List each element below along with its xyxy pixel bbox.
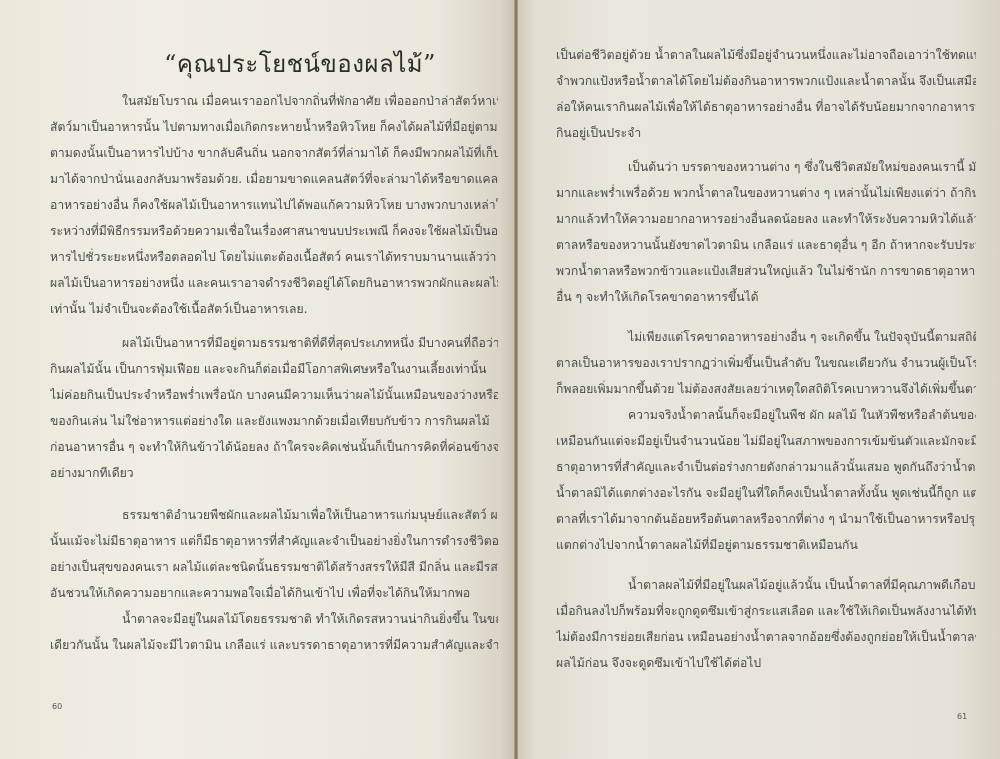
text-line: แตกต่างไปจากน้ำตาลผลไม้ที่มีอยู่ตามธรรมช… bbox=[556, 532, 976, 558]
paragraph: ผลไม้เป็นอาหารที่มีอยู่ตามธรรมชาติที่ดีท… bbox=[50, 330, 498, 486]
text-line: เป็นต้นว่า บรรดาของหวานต่าง ๆ ซึ่งในชีวิ… bbox=[556, 154, 976, 180]
paragraph: ในสมัยโบราณ เมื่อคนเราออกไปจากถิ่นที่พัก… bbox=[50, 88, 498, 322]
paragraph: ไม่เพียงแต่โรคขาดอาหารอย่างอื่น ๆ จะเกิด… bbox=[556, 324, 976, 402]
paragraph: เป็นต้นว่า บรรดาของหวานต่าง ๆ ซึ่งในชีวิ… bbox=[556, 154, 976, 310]
text-line: หารไปชั่วระยะหนึ่งหรือตลอดไป โดยไม่แตะต้… bbox=[50, 244, 498, 270]
text-line: ตาลที่เราได้มาจากต้นอ้อยหรือต้นตาลหรือจา… bbox=[556, 506, 976, 532]
text-line: พวกน้ำตาลหรือพวกข้าวและแป้งเสียส่วนใหญ่แ… bbox=[556, 258, 976, 284]
text-line: น้ำตาลจะมีอยู่ในผลไม้โดยธรรมชาติ ทำให้เก… bbox=[50, 606, 498, 632]
text-line: เมื่อกินลงไปก็พร้อมที่จะถูกดูดซึมเข้าสู่… bbox=[556, 598, 976, 624]
text-line: ธรรมชาติอำนวยพืชผักและผลไม้มาเพื่อให้เป็… bbox=[50, 502, 498, 528]
paragraph: เป็นต่อชีวิตอยู่ด้วย น้ำตาลในผลไม้ซึ่งมี… bbox=[556, 42, 976, 146]
text-line: ไม่ค่อยกินเป็นประจำหรือพร่ำเพรื่อนัก บาง… bbox=[50, 382, 498, 408]
left-page-body: ในสมัยโบราณ เมื่อคนเราออกไปจากถิ่นที่พัก… bbox=[50, 88, 498, 658]
chapter-title: “คุณประโยชน์ของผลไม้” bbox=[150, 44, 450, 83]
text-line: เป็นต่อชีวิตอยู่ด้วย น้ำตาลในผลไม้ซึ่งมี… bbox=[556, 42, 976, 68]
page-number-right: 61 bbox=[957, 712, 967, 721]
page-number-left: 60 bbox=[52, 702, 62, 711]
text-line: ตาลเป็นอาหารของเราปรากฏว่าเพิ่มขึ้นเป็นล… bbox=[556, 350, 976, 376]
text-line: มาได้จากป่านั่นเองกลับมาพร้อมด้วย. เมื่อ… bbox=[50, 166, 498, 192]
text-line: อย่างมากทีเดียว bbox=[50, 460, 498, 486]
text-line: ก็พลอยเพิ่มมากขึ้นด้วย ไม่ต้องสงสัยเลยว่… bbox=[556, 376, 976, 402]
text-line: ผลไม้ก่อน จึงจะดูดซึมเข้าไปใช้ได้ต่อไป bbox=[556, 650, 976, 676]
text-line: สัตว์มาเป็นอาหารนั้น ไปตามทางเมื่อเกิดกร… bbox=[50, 114, 498, 140]
text-line: อันชวนให้เกิดความอยากและความพอใจเมื่อได้… bbox=[50, 580, 498, 606]
text-line: เหมือนกันแต่จะมีอยู่เป็นจำนวนน้อย ไม่มีอ… bbox=[556, 428, 976, 454]
text-line: มากและพร่ำเพรื่อด้วย พวกน้ำตาลในของหวานต… bbox=[556, 180, 976, 206]
text-line: ไม่เพียงแต่โรคขาดอาหารอย่างอื่น ๆ จะเกิด… bbox=[556, 324, 976, 350]
text-line: ในสมัยโบราณ เมื่อคนเราออกไปจากถิ่นที่พัก… bbox=[50, 88, 498, 114]
paragraph: น้ำตาลจะมีอยู่ในผลไม้โดยธรรมชาติ ทำให้เก… bbox=[50, 606, 498, 658]
paragraph: ธรรมชาติอำนวยพืชผักและผลไม้มาเพื่อให้เป็… bbox=[50, 502, 498, 606]
text-line: ผลไม้เป็นอาหารอย่างหนึ่ง และคนเราอาจดำรง… bbox=[50, 270, 498, 296]
right-page-body: เป็นต่อชีวิตอยู่ด้วย น้ำตาลในผลไม้ซึ่งมี… bbox=[556, 42, 976, 676]
text-line: ความจริงน้ำตาลนั้นก็จะมีอยู่ในพืช ผัก ผล… bbox=[556, 402, 976, 428]
text-line: มากแล้วทำให้ความอยากอาหารอย่างอื่นลดน้อย… bbox=[556, 206, 976, 232]
text-line: ไม่ต้องมีการย่อยเสียก่อน เหมือนอย่างน้ำต… bbox=[556, 624, 976, 650]
text-line: อย่างเป็นสุขของคนเรา ผลไม้แต่ละชนิดนั้นธ… bbox=[50, 554, 498, 580]
book-spread: “คุณประโยชน์ของผลไม้” ในสมัยโบราณ เมื่อค… bbox=[0, 0, 1000, 759]
text-line: ระหว่างที่มีพิธีกรรมหรือด้วยความเชื่อในเ… bbox=[50, 218, 498, 244]
right-page: เป็นต่อชีวิตอยู่ด้วย น้ำตาลในผลไม้ซึ่งมี… bbox=[516, 0, 1000, 759]
text-line: กินผลไม้นั้น เป็นการฟุ่มเฟือย และจะกินก็… bbox=[50, 356, 498, 382]
text-line: อาหารอย่างอื่น ก็คงใช้ผลไม้เป็นอาหารแทนไ… bbox=[50, 192, 498, 218]
text-line: กินอยู่เป็นประจำ bbox=[556, 120, 976, 146]
text-line: ธาตุอาหารที่สำคัญและจำเป็นต่อร่างกายดังก… bbox=[556, 454, 976, 480]
text-line: น้ำตาลมิได้แตกต่างอะไรกัน จะมีอยู่ในที่ใ… bbox=[556, 480, 976, 506]
left-page: “คุณประโยชน์ของผลไม้” ในสมัยโบราณ เมื่อค… bbox=[0, 0, 516, 759]
text-line: เดียวกันนั้น ในผลไม้จะมีไวตามิน เกลือแร่… bbox=[50, 632, 498, 658]
text-line: ของกินเล่น ไม่ใช่อาหารแต่อย่างใด และยังแ… bbox=[50, 408, 498, 434]
text-line: น้ำตาลผลไม้ที่มีอยู่ในผลไม้อยู่แล้วนั้น … bbox=[556, 572, 976, 598]
text-line: ผลไม้เป็นอาหารที่มีอยู่ตามธรรมชาติที่ดีท… bbox=[50, 330, 498, 356]
paragraph: น้ำตาลผลไม้ที่มีอยู่ในผลไม้อยู่แล้วนั้น … bbox=[556, 572, 976, 676]
text-line: อื่น ๆ จะทำให้เกิดโรคขาดอาหารขึ้นได้ bbox=[556, 284, 976, 310]
text-line: ตาลหรือของหวานนั้นยังขาดไวตามิน เกลือแร่… bbox=[556, 232, 976, 258]
text-line: ตามดงนั้นเป็นอาหารไปบ้าง ขากลับคืนถิ่น น… bbox=[50, 140, 498, 166]
paragraph: ความจริงน้ำตาลนั้นก็จะมีอยู่ในพืช ผัก ผล… bbox=[556, 402, 976, 558]
book-spine-gutter bbox=[514, 0, 518, 759]
text-line: เท่านั้น ไม่จำเป็นจะต้องใช้เนื้อสัตว์เป็… bbox=[50, 296, 498, 322]
text-line: ล่อให้คนเรากินผลไม้เพื่อให้ได้ธาตุอาหารอ… bbox=[556, 94, 976, 120]
text-line: ก่อนอาหารอื่น ๆ จะทำให้กินข้าวได้น้อยลง … bbox=[50, 434, 498, 460]
text-line: นั้นแม้จะไม่มีธาตุอาหาร แต่ก็มีธาตุอาหาร… bbox=[50, 528, 498, 554]
text-line: จำพวกแป้งหรือน้ำตาลได้โดยไม่ต้องกินอาหาร… bbox=[556, 68, 976, 94]
